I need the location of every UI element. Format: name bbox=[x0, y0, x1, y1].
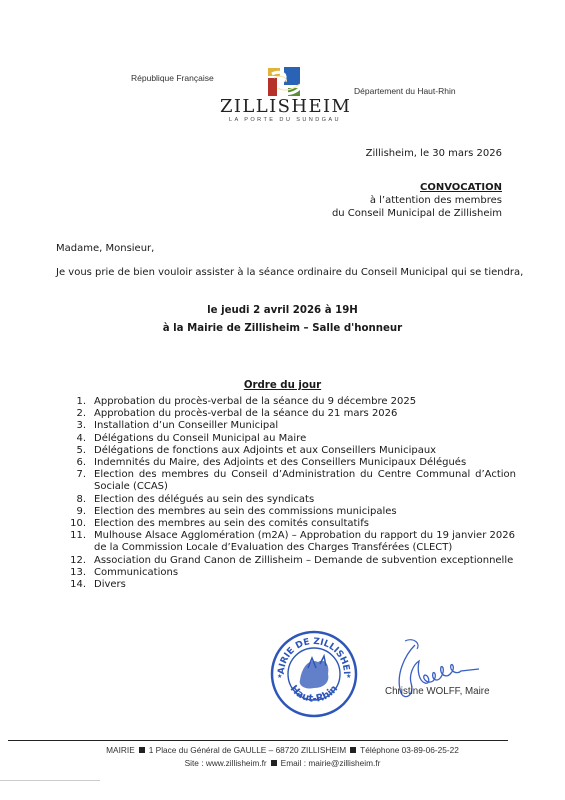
convocation-recipient-line1: à l’attention des membres bbox=[370, 195, 502, 206]
agenda-item: 1.Approbation du procès-verbal de la séa… bbox=[56, 396, 516, 408]
agenda-item: 9.Election des membres au sein des commi… bbox=[56, 506, 516, 518]
agenda-item-number: 4. bbox=[56, 433, 94, 445]
agenda-item-label: Approbation du procès-verbal de la séanc… bbox=[94, 408, 516, 420]
agenda-item: 13.Communications bbox=[56, 567, 516, 579]
agenda-item: 3.Installation d’un Conseiller Municipal bbox=[56, 420, 516, 432]
departement-label: Département du Haut-Rhin bbox=[354, 86, 456, 96]
agenda-item-number: 2. bbox=[56, 408, 94, 420]
agenda-item-number: 14. bbox=[56, 579, 94, 591]
square-bullet-icon bbox=[350, 747, 356, 753]
brand-name: ZILLISHEIM bbox=[220, 96, 350, 117]
agenda-item: 11.Mulhouse Alsace Agglomération (m2A) –… bbox=[56, 530, 516, 554]
agenda-item-number: 10. bbox=[56, 518, 94, 530]
scan-artifact bbox=[0, 780, 100, 781]
agenda-item-label: Délégations de fonctions aux Adjoints et… bbox=[94, 445, 516, 457]
agenda-item: 14.Divers bbox=[56, 579, 516, 591]
agenda-item-number: 12. bbox=[56, 555, 94, 567]
agenda-item-label: Divers bbox=[94, 579, 516, 591]
intro-paragraph: Je vous prie de bien vouloir assister à … bbox=[56, 267, 523, 278]
footer-address: 1 Place du Général de GAULLE – 68720 ZIL… bbox=[149, 745, 346, 755]
agenda-item-label: Election des membres au sein des comités… bbox=[94, 518, 516, 530]
signer-name: Christine WOLFF, Maire bbox=[385, 686, 490, 697]
agenda-item-number: 7. bbox=[56, 469, 94, 493]
convocation-recipient-line2: du Conseil Municipal de Zillisheim bbox=[332, 208, 502, 219]
agenda-item-number: 13. bbox=[56, 567, 94, 579]
agenda-item: 12.Association du Grand Canon de Zillish… bbox=[56, 555, 516, 567]
agenda-title: Ordre du jour bbox=[0, 380, 565, 391]
agenda-item: 10.Election des membres au sein des comi… bbox=[56, 518, 516, 530]
convocation-title: CONVOCATION bbox=[420, 182, 502, 193]
agenda-item: 4.Délégations du Conseil Municipal au Ma… bbox=[56, 433, 516, 445]
zillisheim-logo-icon bbox=[266, 66, 302, 98]
meeting-location: à la Mairie de Zillisheim – Salle d'honn… bbox=[0, 323, 565, 334]
agenda-item-number: 11. bbox=[56, 530, 94, 554]
agenda-item-number: 8. bbox=[56, 494, 94, 506]
square-bullet-icon bbox=[139, 747, 145, 753]
agenda-list: 1.Approbation du procès-verbal de la séa… bbox=[56, 396, 516, 591]
agenda-item-number: 3. bbox=[56, 420, 94, 432]
agenda-item-label: Election des membres au sein des commiss… bbox=[94, 506, 516, 518]
footer-contact-line: Site : www.zillisheim.frEmail : mairie@z… bbox=[0, 758, 565, 768]
agenda-item-label: Election des membres du Conseil d’Admini… bbox=[94, 469, 516, 493]
agenda-item-label: Election des délégués au sein des syndic… bbox=[94, 494, 516, 506]
footer-website[interactable]: Site : www.zillisheim.fr bbox=[185, 758, 267, 768]
agenda-item-number: 1. bbox=[56, 396, 94, 408]
agenda-item: 5.Délégations de fonctions aux Adjoints … bbox=[56, 445, 516, 457]
mairie-seal-icon: MAIRIE DE ZILLISHEIM Haut-Rhin ★ ★ bbox=[268, 628, 360, 720]
footer-phone: Téléphone 03-89-06-25-22 bbox=[360, 745, 459, 755]
agenda-item-label: Indemnités du Maire, des Adjoints et des… bbox=[94, 457, 516, 469]
footer-mairie-label: MAIRIE bbox=[106, 745, 135, 755]
date-line: Zillisheim, le 30 mars 2026 bbox=[366, 148, 502, 159]
meeting-datetime: le jeudi 2 avril 2026 à 19H bbox=[0, 305, 565, 316]
republique-francaise-label: République Française bbox=[131, 73, 214, 83]
svg-text:★: ★ bbox=[346, 673, 351, 680]
agenda-item-number: 6. bbox=[56, 457, 94, 469]
brand-tagline: LA PORTE DU SUNDGAU bbox=[220, 117, 350, 123]
svg-text:★: ★ bbox=[277, 673, 282, 680]
agenda-item-label: Mulhouse Alsace Agglomération (m2A) – Ap… bbox=[94, 530, 516, 554]
agenda-item: 2.Approbation du procès-verbal de la séa… bbox=[56, 408, 516, 420]
agenda-item-label: Installation d’un Conseiller Municipal bbox=[94, 420, 516, 432]
agenda-item-label: Association du Grand Canon de Zillisheim… bbox=[94, 555, 516, 567]
agenda-item: 7.Election des membres du Conseil d’Admi… bbox=[56, 469, 516, 493]
footer-email[interactable]: Email : mairie@zillisheim.fr bbox=[281, 758, 381, 768]
agenda-item-label: Délégations du Conseil Municipal au Mair… bbox=[94, 433, 516, 445]
square-bullet-icon bbox=[271, 760, 277, 766]
footer-divider bbox=[8, 740, 508, 741]
agenda-item-number: 5. bbox=[56, 445, 94, 457]
agenda-item: 8.Election des délégués au sein des synd… bbox=[56, 494, 516, 506]
salutation: Madame, Monsieur, bbox=[56, 243, 154, 254]
agenda-item: 6.Indemnités du Maire, des Adjoints et d… bbox=[56, 457, 516, 469]
agenda-item-label: Communications bbox=[94, 567, 516, 579]
agenda-item-label: Approbation du procès-verbal de la séanc… bbox=[94, 396, 516, 408]
agenda-item-number: 9. bbox=[56, 506, 94, 518]
footer-address-line: MAIRIE1 Place du Général de GAULLE – 687… bbox=[0, 745, 565, 755]
